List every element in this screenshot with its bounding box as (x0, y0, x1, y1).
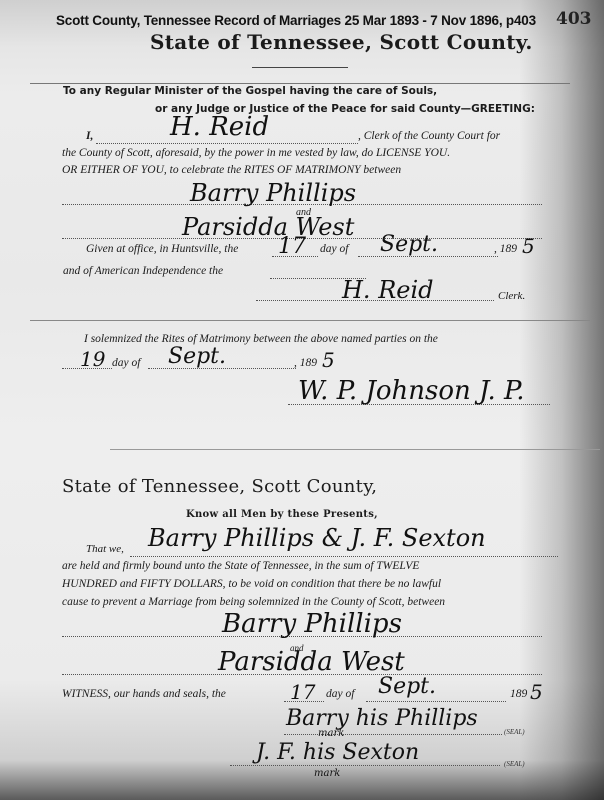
given-day-handwritten: 17 (278, 234, 306, 259)
given-year-handwritten: 5 (522, 234, 535, 258)
signature-1-line (284, 734, 502, 735)
witness-day-of-label: day of (326, 688, 354, 700)
signature-2-line (230, 765, 500, 766)
solemnization-day-handwritten: 19 (80, 347, 105, 371)
solemnization-divider (30, 320, 590, 321)
given-year-prefix: , 189 (494, 243, 517, 255)
witness-month-handwritten: Sept. (378, 674, 436, 699)
bond-line-2: are held and firmly bound unto the State… (62, 560, 419, 572)
signature-2-mark: mark (314, 768, 340, 779)
given-day-of-label: day of (320, 243, 348, 255)
witness-day-handwritten: 17 (290, 680, 315, 704)
record-caption: Scott County, Tennessee Record of Marria… (56, 13, 536, 28)
license-body-line-3: OR EITHER OF YOU, to celebrate the RITES… (62, 164, 401, 176)
bond-title: State of Tennessee, Scott County, (62, 476, 377, 497)
given-month-handwritten: Sept. (380, 232, 438, 257)
witness-month-line (366, 701, 506, 702)
bond-groom-handwritten: Barry Phillips (222, 609, 402, 639)
bride-name-handwritten: Parsidda West (182, 213, 354, 241)
clerk-suffix: , Clerk of the County Court for (358, 130, 500, 142)
obligors-handwritten: Barry Phillips & J. F. Sexton (148, 524, 486, 552)
witness-year-prefix: 189 (510, 688, 527, 700)
page-number-stamp: 403 (556, 9, 592, 29)
given-at-office-text: Given at office, in Huntsville, the (86, 243, 238, 255)
witness-year-handwritten: 5 (530, 680, 543, 704)
obligors-line (130, 556, 558, 557)
bond-line-4: cause to prevent a Marriage from being s… (62, 596, 445, 608)
clerk-name-line (96, 143, 358, 144)
solemnization-year-handwritten: 5 (322, 348, 335, 372)
signature-1-handwritten: Barry his Phillips (286, 706, 478, 731)
witness-text: WITNESS, our hands and seals, the (62, 688, 226, 700)
section-divider (30, 83, 570, 84)
solemnization-month-handwritten: Sept. (168, 344, 226, 369)
license-title: State of Tennessee, Scott County. (150, 30, 533, 54)
signature-1-mark: mark (318, 728, 344, 739)
clerk-prefix: I, (86, 130, 93, 142)
seal-label-2: (SEAL) (504, 760, 525, 768)
marriage-record-page: Scott County, Tennessee Record of Marria… (0, 0, 604, 800)
bond-subtitle: Know all Men by these Presents, (186, 509, 378, 520)
greeting-line-1: To any Regular Minister of the Gospel ha… (63, 85, 437, 97)
bond-bride-handwritten: Parsidda West (218, 647, 405, 677)
american-independence-text: and of American Independence the (63, 265, 223, 277)
license-body-line-2: the County of Scott, aforesaid, by the p… (62, 147, 450, 159)
solemnization-text: I solemnized the Rites of Matrimony betw… (84, 333, 438, 345)
solemnization-year-prefix: , 189 (294, 357, 317, 369)
seal-label-1: (SEAL) (504, 728, 525, 736)
groom-name-handwritten: Barry Phillips (190, 179, 356, 207)
that-we-label: That we, (86, 543, 124, 555)
clerk-label: Clerk. (498, 290, 525, 302)
clerk-signature-handwritten: H. Reid (342, 276, 434, 304)
bond-divider (110, 449, 600, 450)
solemnization-day-of-label: day of (112, 357, 140, 369)
bond-line-3: HUNDRED and FIFTY DOLLARS, to be void on… (62, 578, 441, 590)
signature-2-handwritten: J. F. his Sexton (256, 740, 419, 765)
title-underline (252, 67, 348, 68)
clerk-name-handwritten: H. Reid (170, 112, 269, 142)
officiant-signature-handwritten: W. P. Johnson J. P. (298, 376, 524, 406)
